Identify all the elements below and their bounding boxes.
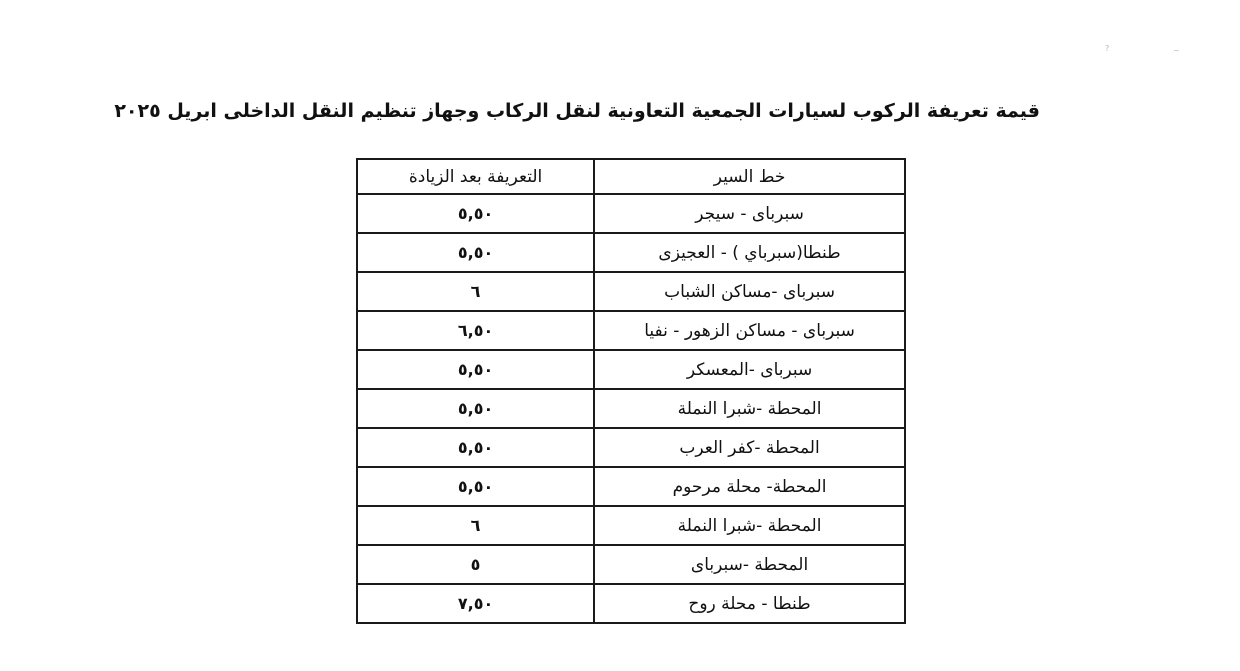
- route-cell: سبرباى -المعسكر: [594, 350, 905, 389]
- route-cell: سبرباى - سيجر: [594, 194, 905, 233]
- fare-cell: ٦: [357, 272, 594, 311]
- page-title: قيمة تعريفة الركوب لسيارات الجمعية التعا…: [160, 100, 1040, 122]
- scan-artifact-mark: ~: [1173, 46, 1180, 55]
- route-cell: المحطة -شبرا النملة: [594, 389, 905, 428]
- fare-cell: ٦,٥٠: [357, 311, 594, 350]
- fare-cell: ٥,٥٠: [357, 467, 594, 506]
- fare-cell: ٥,٥٠: [357, 350, 594, 389]
- header-fare: التعريفة بعد الزيادة: [357, 159, 594, 194]
- fare-cell: ٥,٥٠: [357, 428, 594, 467]
- route-cell: سبرباى -مساكن الشباب: [594, 272, 905, 311]
- fare-cell: ٥,٥٠: [357, 194, 594, 233]
- route-cell: سبرباى - مساكن الزهور - نفيا: [594, 311, 905, 350]
- table-row: المحطة -سبرباى ٥: [357, 545, 905, 584]
- fare-cell: ٧,٥٠: [357, 584, 594, 623]
- table-row: طنطا(سبرباي ) - العجيزى ٥,٥٠: [357, 233, 905, 272]
- fare-cell: ٥,٥٠: [357, 233, 594, 272]
- table-row: المحطة -شبرا النملة ٦: [357, 506, 905, 545]
- table-row: سبرباى -مساكن الشباب ٦: [357, 272, 905, 311]
- table-header-row: خط السير التعريفة بعد الزيادة: [357, 159, 905, 194]
- table-row: سبرباى - مساكن الزهور - نفيا ٦,٥٠: [357, 311, 905, 350]
- route-cell: المحطة -سبرباى: [594, 545, 905, 584]
- table-row: المحطة- محلة مرحوم ٥,٥٠: [357, 467, 905, 506]
- route-cell: المحطة -كفر العرب: [594, 428, 905, 467]
- route-cell: المحطة- محلة مرحوم: [594, 467, 905, 506]
- table-row: سبرباى -المعسكر ٥,٥٠: [357, 350, 905, 389]
- scan-artifact-mark: ?: [1105, 44, 1109, 53]
- table-row: المحطة -شبرا النملة ٥,٥٠: [357, 389, 905, 428]
- fare-table: خط السير التعريفة بعد الزيادة سبرباى - س…: [356, 158, 906, 624]
- table-row: طنطا - محلة روح ٧,٥٠: [357, 584, 905, 623]
- table-row: سبرباى - سيجر ٥,٥٠: [357, 194, 905, 233]
- fare-cell: ٥,٥٠: [357, 389, 594, 428]
- fare-cell: ٥: [357, 545, 594, 584]
- fare-cell: ٦: [357, 506, 594, 545]
- route-cell: المحطة -شبرا النملة: [594, 506, 905, 545]
- table-row: المحطة -كفر العرب ٥,٥٠: [357, 428, 905, 467]
- route-cell: طنطا - محلة روح: [594, 584, 905, 623]
- route-cell: طنطا(سبرباي ) - العجيزى: [594, 233, 905, 272]
- header-route: خط السير: [594, 159, 905, 194]
